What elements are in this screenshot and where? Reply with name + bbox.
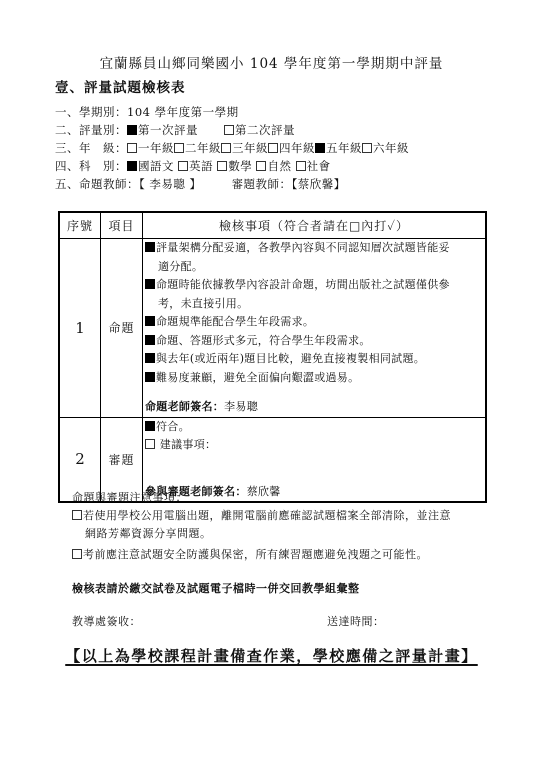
grade-label: 三、年 級：	[55, 141, 127, 155]
note-item: 若使用學校公用電腦出題，離開電腦前應確認試題檔案全部清除，並注意	[72, 507, 451, 525]
note-item: 考前應注意試題安全防護與保密，所有練習題應避免洩題之可能性。	[72, 546, 428, 564]
notes-title: 命題與審題注意事項：	[72, 489, 187, 507]
option-label: 三年級	[232, 141, 268, 155]
checkbox-check-3[interactable]	[145, 316, 155, 326]
section-heading: 壹、評量試題檢核表	[55, 76, 186, 96]
author-signature: 命題老師簽名：李易聰	[145, 398, 483, 417]
checkbox-grade-2[interactable]	[174, 143, 184, 153]
document-title: 宜蘭縣員山鄉同樂國小 104 學年度第一學期期中評量	[0, 52, 543, 72]
checkbox-grade-3[interactable]	[221, 143, 231, 153]
note-item-cont: 網路芳鄰資源分享問題。	[85, 525, 212, 543]
checkbox-chinese[interactable]	[127, 161, 137, 171]
author-name: 【 李易聰 】	[139, 177, 202, 191]
checkbox-check-4[interactable]	[145, 335, 155, 345]
checkbox-math[interactable]	[217, 161, 227, 171]
option-label: 第二次評量	[235, 123, 295, 137]
header-checks: 檢核事項（符合者請在□內打✓）	[143, 212, 487, 239]
subject-line: 四、科 別：國語文 英語 數學 自然 社會	[55, 157, 331, 175]
check-text: 符合。	[156, 420, 190, 433]
checkbox-social[interactable]	[296, 161, 306, 171]
assessment-line: 二、評量別：第一次評量第二次評量	[55, 121, 295, 139]
check-text: 與去年(或近兩年)題目比較，避免直接複製相同試題。	[156, 352, 425, 365]
header-number: 序號	[59, 212, 101, 239]
checkbox-suggestions[interactable]	[145, 439, 155, 449]
semester-value: 104 學年度第一學期	[127, 105, 239, 119]
submit-instruction: 檢核表請於繳交試卷及試題電子檔時一併交回教學組彙整	[72, 580, 360, 596]
check-text: 難易度兼顧，避免全面偏向艱澀或過易。	[156, 371, 359, 384]
checkbox-check-5[interactable]	[145, 353, 155, 363]
checkbox-grade-6[interactable]	[362, 143, 372, 153]
office-signoff: 教導處簽收：	[72, 613, 141, 629]
checkbox-note-2[interactable]	[72, 549, 82, 559]
checkbox-science[interactable]	[256, 161, 266, 171]
reviewer-signature: 參與審題老師簽名：蔡欣馨	[145, 483, 483, 502]
option-label: 第一次評量	[138, 123, 198, 137]
footer-text: 【以上為學校課程計畫備查作業，學校應備之評量計畫】	[65, 647, 478, 665]
teachers-line: 五、命題教師：【 李易聰 】審題教師：【蔡欣馨】	[55, 175, 346, 193]
checkbox-grade-1[interactable]	[127, 143, 137, 153]
footer-note: 【以上為學校課程計畫備查作業，學校應備之評量計畫】	[0, 645, 543, 666]
table-row: 1 命題 評量架構分配妥適，各教學內容與不同認知層次試題皆能妥 適分配。 命題時…	[59, 239, 486, 418]
checkbox-approved[interactable]	[145, 421, 155, 431]
option-label: 二年級	[185, 141, 221, 155]
grade-line: 三、年 級：一年級二年級三年級四年級五年級六年級	[55, 139, 409, 157]
checkbox-english[interactable]	[178, 161, 188, 171]
check-text: 命題規準能配合學生年段需求。	[156, 315, 314, 328]
note-text: 考前應注意試題安全防護與保密，所有練習題應避免洩題之可能性。	[83, 548, 428, 561]
option-label: 英語	[189, 159, 213, 173]
check-text: 評量架構分配妥適，各教學內容與不同認知層次試題皆能妥	[156, 241, 450, 254]
checkbox-second-assessment[interactable]	[224, 125, 234, 135]
option-label: 數學	[228, 159, 252, 173]
subject-label: 四、科 別：	[55, 159, 127, 173]
row-number: 1	[59, 239, 101, 418]
checkbox-check-6[interactable]	[145, 372, 155, 382]
checkbox-first-assessment[interactable]	[127, 125, 137, 135]
option-label: 自然	[267, 159, 291, 173]
option-label: 一年級	[138, 141, 174, 155]
checkbox-check-2[interactable]	[145, 279, 155, 289]
author-label: 五、命題教師：	[55, 177, 139, 191]
check-text: 命題、答題形式多元，符合學生年段需求。	[156, 334, 371, 347]
checkbox-check-1[interactable]	[145, 242, 155, 252]
reviewer-name: 【蔡欣馨】	[292, 177, 346, 191]
signature-label: 命題老師簽名：	[145, 400, 224, 413]
row-checks: 評量架構分配妥適，各教學內容與不同認知層次試題皆能妥 適分配。 命題時能依據教學…	[143, 239, 487, 418]
checklist-table: 序號 項目 檢核事項（符合者請在□內打✓） 1 命題 評量架構分配妥適，各教學內…	[58, 211, 487, 503]
option-label: 國語文	[138, 159, 174, 173]
semester-line: 一、學期別：104 學年度第一學期	[55, 103, 239, 121]
checkbox-grade-5[interactable]	[315, 143, 325, 153]
row-item: 命題	[101, 239, 143, 418]
checkbox-note-1[interactable]	[72, 510, 82, 520]
option-label: 社會	[307, 159, 331, 173]
check-text: 命題時能依據教學內容設計命題，坊間出版社之試題僅供參	[156, 278, 450, 291]
reviewer-label: 審題教師：	[232, 177, 292, 191]
note-text: 若使用學校公用電腦出題，離開電腦前應確認試題檔案全部清除，並注意	[83, 509, 451, 522]
delivery-time: 送達時間：	[327, 613, 385, 629]
check-text-cont: 考，未直接引用。	[145, 295, 483, 314]
check-text: 建議事項：	[156, 438, 216, 451]
row-checks: 符合。 建議事項： 參與審題老師簽名：蔡欣馨	[143, 417, 487, 502]
checkbox-grade-4[interactable]	[268, 143, 278, 153]
semester-label: 一、學期別：	[55, 105, 127, 119]
signature-name: 李易聰	[224, 400, 258, 413]
check-text-cont: 適分配。	[145, 258, 483, 277]
option-label: 六年級	[373, 141, 409, 155]
assessment-label: 二、評量別：	[55, 123, 127, 137]
table-header-row: 序號 項目 檢核事項（符合者請在□內打✓）	[59, 212, 486, 239]
header-item: 項目	[101, 212, 143, 239]
option-label: 四年級	[279, 141, 315, 155]
signature-name: 蔡欣馨	[247, 485, 281, 498]
option-label: 五年級	[326, 141, 362, 155]
